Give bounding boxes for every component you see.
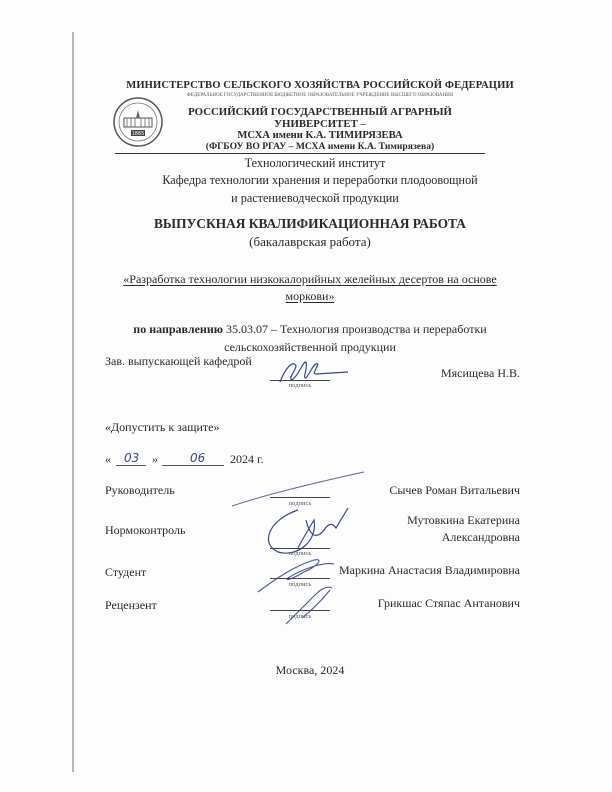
admit-year: 2024 г. <box>230 452 264 467</box>
supervisor-label: Руководитель <box>105 483 175 498</box>
head-of-department-label: Зав. выпускающей кафедрой <box>105 354 252 369</box>
month-underline <box>162 465 224 466</box>
reviewer-signature-caption: подпись <box>270 613 330 620</box>
institute-name: Технологический институт <box>150 156 480 171</box>
department-line1: Кафедра технологии хранения и переработк… <box>110 173 530 188</box>
head-of-department-name: Мясищева Н.В. <box>380 366 520 381</box>
date-open-quote: « <box>105 452 111 467</box>
university-short-name: (ФГБОУ ВО РГАУ – МСХА имени К.А. Тимиряз… <box>180 141 460 152</box>
head-signature-line <box>270 380 330 381</box>
ministry-name: МИНИСТЕРСТВО СЕЛЬСКОГО ХОЗЯЙСТВА РОССИЙС… <box>120 80 520 91</box>
head-signature-caption: подпись <box>270 382 330 389</box>
reviewer-label: Рецензент <box>105 598 157 613</box>
supervisor-signature-line <box>270 497 330 498</box>
header-divider <box>115 153 485 154</box>
norm-control-name-line1: Мутовкина Екатерина <box>340 513 520 528</box>
day-underline <box>116 465 146 466</box>
document-subtitle: (бакалаврская работа) <box>150 234 470 250</box>
city-year: Москва, 2024 <box>230 663 390 678</box>
supervisor-name: Сычев Роман Витальевич <box>340 483 520 498</box>
thesis-topic-line1: «Разработка технологии низкокалорийных ж… <box>110 271 510 288</box>
document-page: 1865 МИНИСТЕРСТВО СЕЛЬСКОГО ХОЗЯЙСТВА РО… <box>0 0 612 792</box>
thesis-topic-line2: моркови» <box>110 288 510 305</box>
reviewer-signature-line <box>270 610 330 611</box>
federal-institution: ФЕДЕРАЛЬНОЕ ГОСУДАРСТВЕННОЕ БЮДЖЕТНОЕ ОБ… <box>180 93 460 99</box>
student-name: Маркина Анастасия Владимировна <box>330 563 520 578</box>
direction-code: 35.03.07 – Технология производства и пер… <box>226 322 487 336</box>
department-line2: и растениеводческой продукции <box>150 191 480 206</box>
study-direction: по направлению 35.03.07 – Технология про… <box>105 320 515 356</box>
norm-control-name-line2: Александровна <box>340 530 520 545</box>
university-name-line1: РОССИЙСКИЙ ГОСУДАРСТВЕННЫЙ АГРАРНЫЙ <box>180 106 460 118</box>
admit-month: 06 <box>190 451 205 465</box>
date-close-quote: » <box>152 452 158 467</box>
student-signature-line <box>270 578 330 579</box>
document-title: ВЫПУСКНАЯ КВАЛИФИКАЦИОННАЯ РАБОТА <box>100 216 520 232</box>
direction-label: по направлению <box>133 322 223 336</box>
reviewer-name: Грикшас Стяпас Антанович <box>340 596 520 611</box>
admit-day: 03 <box>124 451 139 465</box>
norm-control-label: Нормоконтроль <box>105 523 185 538</box>
svg-text:1865: 1865 <box>132 131 145 137</box>
scan-edge <box>72 32 74 772</box>
thesis-topic: «Разработка технологии низкокалорийных ж… <box>110 271 510 305</box>
admit-label: «Допустить к защите» <box>105 420 219 435</box>
university-name-line2: УНИВЕРСИТЕТ – <box>180 118 460 130</box>
university-name-line3: МСХА имени К.А. ТИМИРЯЗЕВА <box>180 130 460 141</box>
university-emblem-icon: 1865 <box>112 96 164 148</box>
norm-control-signature-line <box>270 548 330 549</box>
student-label: Студент <box>105 565 146 580</box>
